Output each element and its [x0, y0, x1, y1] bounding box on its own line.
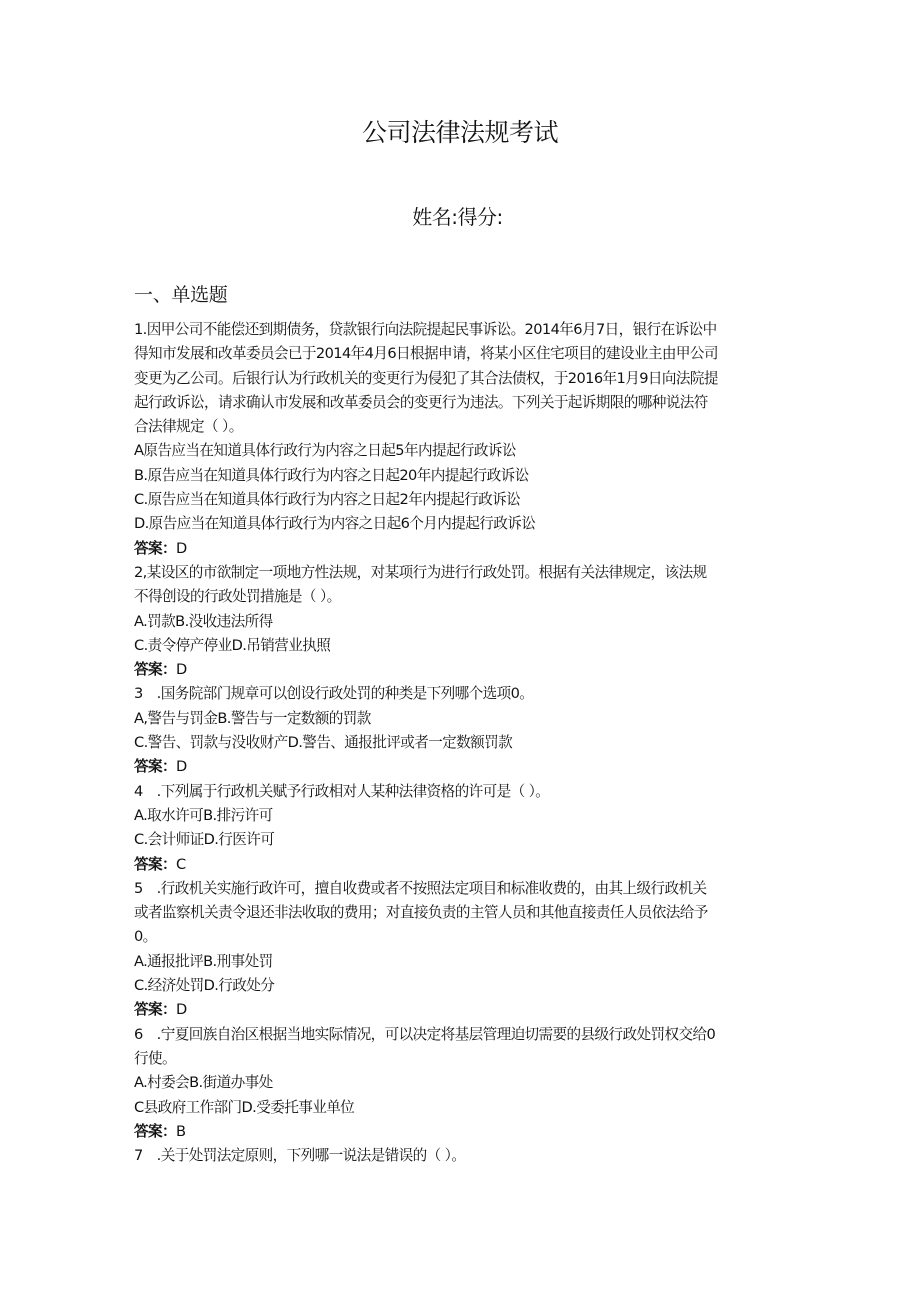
question-stem-line: 3 .国务院部门规章可以创设行政处罚的种类是下列哪个选项0。 [134, 682, 779, 706]
answer-label: 答案： [134, 540, 176, 557]
section-heading-single-choice: 一、单选题 [134, 281, 228, 309]
questions-list: 1.因甲公司不能偿还到期债务，贷款银行向法院提起民事诉讼。2014年6月7日，银… [134, 318, 779, 1168]
question-7: 7 .关于处罚法定原则，下列哪一说法是错误的（ ）。 [134, 1144, 779, 1168]
question-stem-line: 合法律规定（ ）。 [134, 415, 779, 439]
option-line: C.警告、罚款与没收财产D.警告、通报批评或者一定数额罚款 [134, 731, 779, 755]
question-stem-line: 起行政诉讼，请求确认市发展和改革委员会的变更行为违法。下列关于起诉期限的哪种说法… [134, 391, 779, 415]
answer-line: 答案：D [134, 658, 779, 682]
option-line: C.原告应当在知道具体行政行为内容之日起2年内提起行政诉讼 [134, 488, 779, 512]
answer-value: D [176, 1001, 187, 1018]
question-1: 1.因甲公司不能偿还到期债务，贷款银行向法院提起民事诉讼。2014年6月7日，银… [134, 318, 779, 561]
question-stem-line: 或者监察机关责令退还非法收取的费用；对直接负责的主管人员和其他直接责任人员依法给… [134, 901, 779, 925]
answer-label: 答案： [134, 661, 176, 678]
answer-label: 答案： [134, 1001, 176, 1018]
answer-line: 答案：D [134, 755, 779, 779]
answer-line: 答案：D [134, 998, 779, 1022]
question-stem-line: 2,某设区的市欲制定一项地方性法规，对某项行为进行行政处罚。根据有关法律规定，该… [134, 561, 779, 585]
answer-line: 答案：C [134, 853, 779, 877]
question-stem-line: 5 .行政机关实施行政许可，擅自收费或者不按照法定项目和标准收费的，由其上级行政… [134, 877, 779, 901]
question-3: 3 .国务院部门规章可以创设行政处罚的种类是下列哪个选项0。 A,警告与罚金B.… [134, 682, 779, 779]
question-4: 4 .下列属于行政机关赋予行政相对人某种法律资格的许可是（ ）。 A.取水许可B… [134, 780, 779, 877]
question-stem-line: 得知市发展和改革委员会已于2014年4月6日根据申请，将某小区住宅项目的建设业主… [134, 342, 779, 366]
answer-line: 答案：B [134, 1120, 779, 1144]
question-2: 2,某设区的市欲制定一项地方性法规，对某项行为进行行政处罚。根据有关法律规定，该… [134, 561, 779, 682]
answer-label: 答案： [134, 1123, 176, 1140]
question-stem-line: 6 .宁夏回族自治区根据当地实际情况，可以决定将基层管理迫切需要的县级行政处罚权… [134, 1023, 779, 1047]
question-stem-line: 不得创设的行政处罚措施是（ ）。 [134, 585, 779, 609]
question-stem-line: 变更为乙公司。后银行认为行政机关的变更行为侵犯了其合法债权，于2016年1月9日… [134, 367, 779, 391]
answer-line: 答案：D [134, 537, 779, 561]
answer-value: D [176, 540, 187, 557]
option-line: C县政府工作部门D.受委托事业单位 [134, 1096, 779, 1120]
name-score-line: 姓名:得分: [0, 203, 915, 231]
answer-label: 答案： [134, 758, 176, 775]
answer-value: D [176, 758, 187, 775]
question-6: 6 .宁夏回族自治区根据当地实际情况，可以决定将基层管理迫切需要的县级行政处罚权… [134, 1023, 779, 1144]
option-line: A原告应当在知道具体行政行为内容之日起5年内提起行政诉讼 [134, 439, 779, 463]
option-line: A.取水许可B.排污许可 [134, 804, 779, 828]
option-line: A,警告与罚金B.警告与一定数额的罚款 [134, 707, 779, 731]
option-line: A.罚款B.没收违法所得 [134, 610, 779, 634]
answer-value: B [176, 1123, 185, 1140]
option-line: C.责令停产停业D.吊销营业执照 [134, 634, 779, 658]
option-line: A.村委会B.街道办事处 [134, 1071, 779, 1095]
option-line: A.通报批评B.刑事处罚 [134, 950, 779, 974]
question-stem-line: 行使。 [134, 1047, 779, 1071]
question-stem-line: 0。 [134, 925, 779, 949]
question-stem-line: 7 .关于处罚法定原则，下列哪一说法是错误的（ ）。 [134, 1144, 779, 1168]
option-line: D.原告应当在知道具体行政行为内容之日起6个月内提起行政诉讼 [134, 512, 779, 536]
answer-value: C [176, 856, 186, 873]
option-line: C.会计师证D.行医许可 [134, 828, 779, 852]
answer-label: 答案： [134, 856, 176, 873]
document-title: 公司法律法规考试 [0, 116, 920, 150]
question-stem-line: 4 .下列属于行政机关赋予行政相对人某种法律资格的许可是（ ）。 [134, 780, 779, 804]
option-line: B.原告应当在知道具体行政行为内容之日起20年内提起行政诉讼 [134, 464, 779, 488]
answer-value: D [176, 661, 187, 678]
question-5: 5 .行政机关实施行政许可，擅自收费或者不按照法定项目和标准收费的，由其上级行政… [134, 877, 779, 1023]
document-page: 公司法律法规考试 姓名:得分: 一、单选题 1.因甲公司不能偿还到期债务，贷款银… [0, 0, 920, 1301]
option-line: C.经济处罚D.行政处分 [134, 974, 779, 998]
question-stem-line: 1.因甲公司不能偿还到期债务，贷款银行向法院提起民事诉讼。2014年6月7日，银… [134, 318, 779, 342]
